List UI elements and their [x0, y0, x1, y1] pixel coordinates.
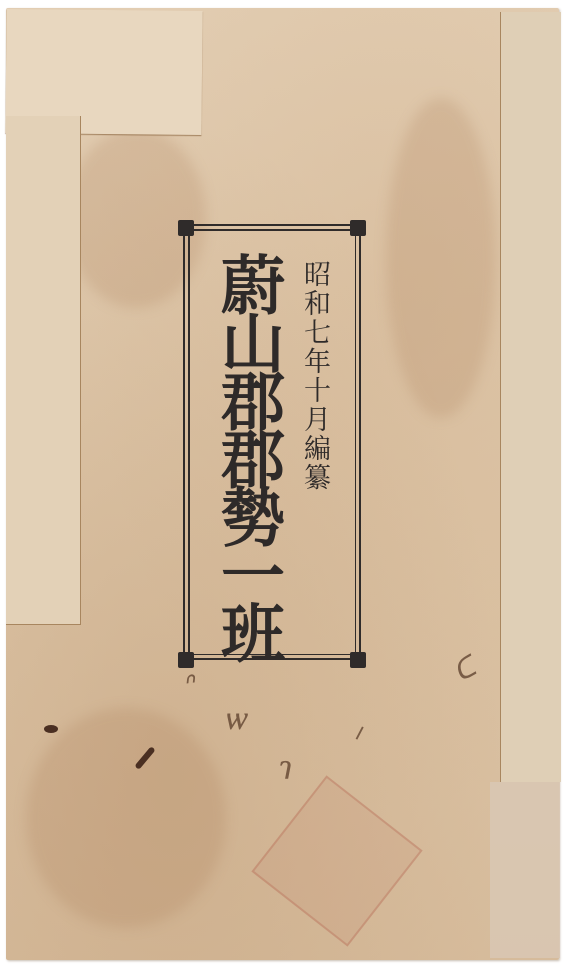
age-stain [26, 708, 226, 928]
frame-corner-ornament [178, 652, 194, 668]
frame-border [192, 229, 352, 231]
frame-corner-ornament [178, 220, 194, 236]
ink-blot [44, 725, 58, 733]
age-stain [386, 98, 496, 418]
pencil-mark: ɿ [278, 748, 293, 788]
pencil-mark: ᑕ [447, 650, 481, 689]
document-title: 蔚山郡郡勢一班 [206, 252, 288, 658]
paper-patch-bottom-right [490, 782, 560, 958]
frame-border [188, 230, 190, 654]
frame-border [355, 230, 357, 654]
paper-patch-left [6, 116, 81, 625]
frame-border [188, 224, 356, 226]
pencil-mark: ᐟ [346, 722, 370, 759]
title-label-frame: 蔚山郡郡勢一班 昭和七年十月編纂 [178, 220, 366, 668]
frame-corner-ornament [350, 652, 366, 668]
paper-patch-right [500, 12, 561, 782]
pencil-mark: ѡ [226, 698, 248, 738]
frame-border [188, 658, 356, 660]
compilation-date: 昭和七年十月編纂 [296, 260, 332, 492]
red-seal-stamp [251, 775, 422, 946]
frame-border [183, 228, 185, 658]
book-cover: 蔚山郡郡勢一班 昭和七年十月編纂 ᐢ ѡ ɿ ᐟ ᑕ [6, 8, 559, 960]
frame-corner-ornament [350, 220, 366, 236]
frame-border [359, 228, 361, 658]
pencil-mark: ᐢ [180, 667, 196, 703]
